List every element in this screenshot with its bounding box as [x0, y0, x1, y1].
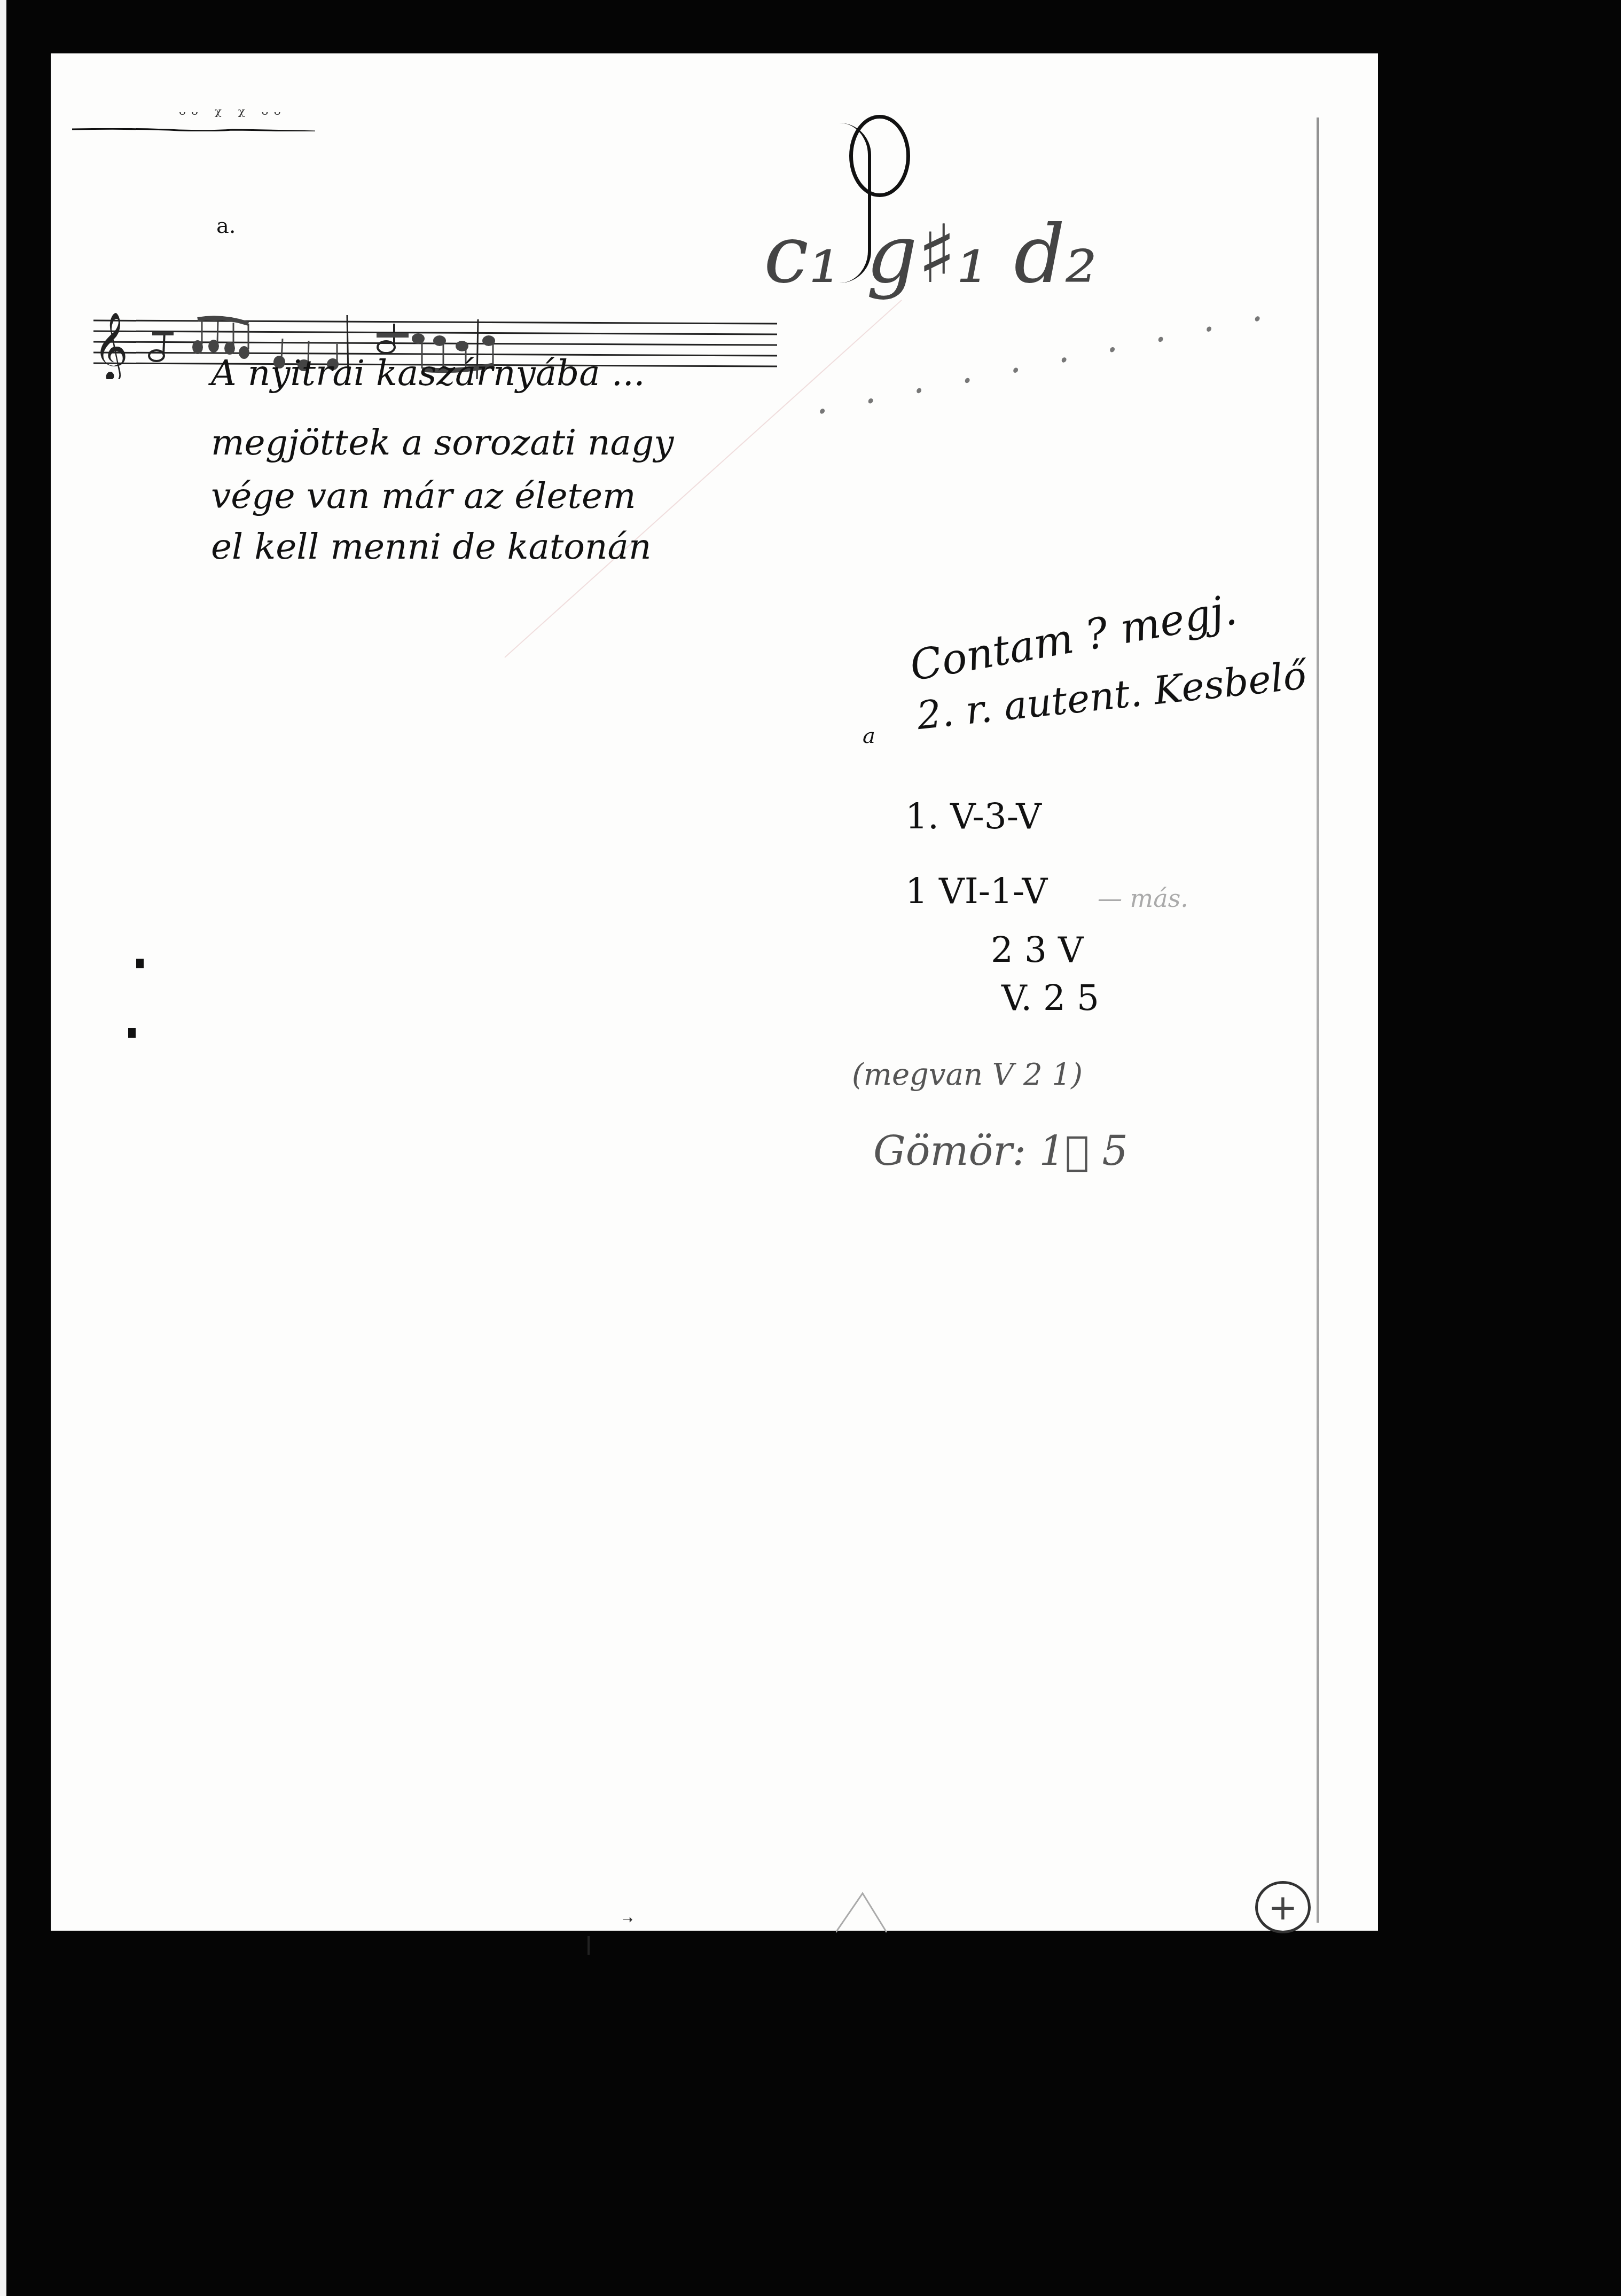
header-mark: ᵕᵕ ᵡ ᵡ ᵕᵕ [179, 104, 286, 126]
treble-clef-icon: 𝄞 [93, 311, 128, 379]
ink-mark [128, 1028, 136, 1038]
lyric-line-3: vége van már az életem [211, 475, 636, 516]
peak-mark [836, 1891, 889, 1933]
paren-note: (megvan V 2 1) [852, 1057, 1083, 1092]
circled-plus-icon: + [1255, 1881, 1311, 1933]
degree-row-1: 1. V-3-V [905, 796, 1041, 837]
music-label: a. [216, 214, 236, 238]
dotted-marks: . . . . . . . . . . [810, 283, 1278, 424]
margin-pencil-line [1317, 117, 1319, 1923]
degree-row-3: 2 3 V [991, 929, 1084, 970]
gomor-note: Gömör: 1⃝ 5 [873, 1127, 1128, 1174]
lyric-line-4: el kell menni de katonán [211, 526, 651, 567]
scan-edge [0, 0, 6, 2296]
page-mark: + [1268, 1887, 1297, 1928]
lyric-line-1: A nyitrai kaszárnyába ... [211, 352, 645, 394]
ink-mark [136, 959, 144, 968]
bottom-tick [588, 1936, 590, 1955]
faint-note: — más. [1098, 884, 1188, 913]
manuscript-page: ᵕᵕ ᵡ ᵡ ᵕᵕ a. 𝄞 [51, 53, 1378, 1931]
degree-row-2: 1 VI-1-V [905, 871, 1047, 912]
header-underline [72, 128, 315, 131]
degree-row-4: V. 2 5 [1001, 977, 1099, 1018]
arrow-mark: ➝ [622, 1912, 633, 1927]
circled-zero [849, 115, 910, 197]
pitch-formula: c₁ g♯₁ d₂ [764, 208, 1097, 301]
lyric-line-2: megjöttek a sorozati nagy [211, 422, 674, 463]
margin-mark: a [863, 724, 875, 748]
